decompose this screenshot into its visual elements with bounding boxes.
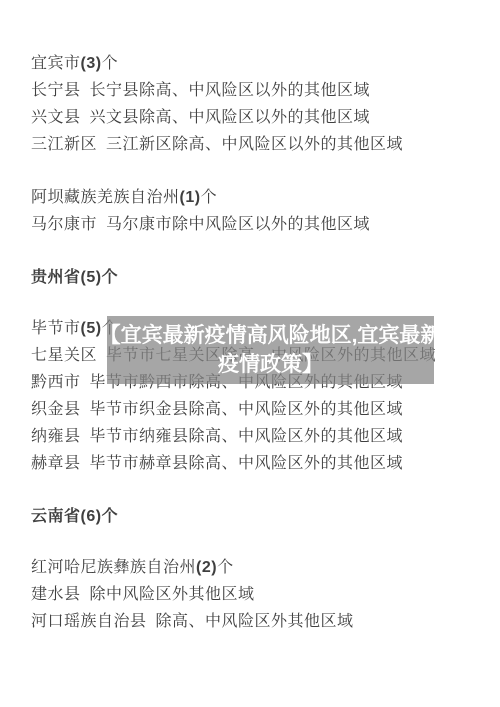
region-name: 长宁县 xyxy=(31,82,81,99)
section-yunnan-province: 云南省(6)个 xyxy=(31,507,480,527)
article-page: 宜宾市(3)个 长宁县长宁县除高、中风险区以外的其他区域 兴文县兴文县除高、中风… xyxy=(0,0,500,707)
province-name: 云南省 xyxy=(31,508,81,525)
region-desc: 长宁县除高、中风险区以外的其他区域 xyxy=(90,82,371,99)
region-row: 兴文县兴文县除高、中风险区以外的其他区域 xyxy=(31,108,480,128)
section-yibin-city: 宜宾市(3)个 长宁县长宁县除高、中风险区以外的其他区域 兴文县兴文县除高、中风… xyxy=(31,54,480,155)
region-row: 建水县除中风险区外其他区域 xyxy=(31,585,480,605)
group-count: (2) xyxy=(196,559,217,576)
group-count-suffix: 个 xyxy=(217,559,234,576)
region-row: 河口瑶族自治县除高、中风险区外其他区域 xyxy=(31,612,480,632)
province-count: (6) xyxy=(81,508,102,525)
region-row: 织金县毕节市织金县除高、中风险区外的其他区域 xyxy=(31,400,480,420)
group-name: 毕节市 xyxy=(31,320,81,337)
group-count: (3) xyxy=(81,55,102,72)
region-desc: 除中风险区外其他区域 xyxy=(90,586,255,603)
region-name: 建水县 xyxy=(31,586,81,603)
region-row: 纳雍县毕节市纳雍县除高、中风险区外的其他区域 xyxy=(31,427,480,447)
province-header: 贵州省(5)个 xyxy=(31,268,480,288)
region-name: 七星关区 xyxy=(31,347,97,364)
group-header: 红河哈尼族彝族自治州(2)个 xyxy=(31,558,480,578)
region-desc: 毕节市赫章县除高、中风险区外的其他区域 xyxy=(90,455,404,472)
region-desc: 马尔康市除中风险区以外的其他区域 xyxy=(106,216,370,233)
region-row: 马尔康市马尔康市除中风险区以外的其他区域 xyxy=(31,215,480,235)
region-desc: 兴文县除高、中风险区以外的其他区域 xyxy=(90,109,371,126)
watermark-text-line2: 疫情政策】 xyxy=(218,350,323,379)
region-name: 纳雍县 xyxy=(31,428,81,445)
watermark-overlay: 【宜宾最新疫情高风险地区,宜宾最新 疫情政策】 xyxy=(107,316,434,384)
province-count-suffix: 个 xyxy=(102,508,119,525)
group-count: (1) xyxy=(180,189,201,206)
group-name: 阿坝藏族羌族自治州 xyxy=(31,189,180,206)
region-desc: 毕节市纳雍县除高、中风险区外的其他区域 xyxy=(90,428,404,445)
group-count-suffix: 个 xyxy=(201,189,218,206)
group-header: 阿坝藏族羌族自治州(1)个 xyxy=(31,188,480,208)
province-count: (5) xyxy=(81,269,102,286)
province-count-suffix: 个 xyxy=(102,269,119,286)
group-name: 宜宾市 xyxy=(31,55,81,72)
region-desc: 三江新区除高、中风险区以外的其他区域 xyxy=(106,136,403,153)
region-desc: 除高、中风险区外其他区域 xyxy=(156,613,354,630)
group-header: 宜宾市(3)个 xyxy=(31,54,480,74)
region-desc: 毕节市织金县除高、中风险区外的其他区域 xyxy=(90,401,404,418)
section-honghe-prefecture: 红河哈尼族彝族自治州(2)个 建水县除中风险区外其他区域 河口瑶族自治县除高、中… xyxy=(31,558,480,632)
region-row: 三江新区三江新区除高、中风险区以外的其他区域 xyxy=(31,135,480,155)
region-name: 黔西市 xyxy=(31,374,81,391)
group-count-suffix: 个 xyxy=(102,55,119,72)
region-row: 长宁县长宁县除高、中风险区以外的其他区域 xyxy=(31,81,480,101)
region-name: 赫章县 xyxy=(31,455,81,472)
region-name: 马尔康市 xyxy=(31,216,97,233)
province-name: 贵州省 xyxy=(31,269,81,286)
region-name: 三江新区 xyxy=(31,136,97,153)
region-name: 河口瑶族自治县 xyxy=(31,613,147,630)
group-count: (5) xyxy=(81,320,102,337)
watermark-text-line1: 【宜宾最新疫情高风险地区,宜宾最新 xyxy=(100,321,442,350)
region-row: 赫章县毕节市赫章县除高、中风险区外的其他区域 xyxy=(31,454,480,474)
province-header: 云南省(6)个 xyxy=(31,507,480,527)
section-aba-prefecture: 阿坝藏族羌族自治州(1)个 马尔康市马尔康市除中风险区以外的其他区域 xyxy=(31,188,480,235)
region-name: 织金县 xyxy=(31,401,81,418)
region-name: 兴文县 xyxy=(31,109,81,126)
group-name: 红河哈尼族彝族自治州 xyxy=(31,559,196,576)
section-guizhou-province: 贵州省(5)个 xyxy=(31,268,480,288)
